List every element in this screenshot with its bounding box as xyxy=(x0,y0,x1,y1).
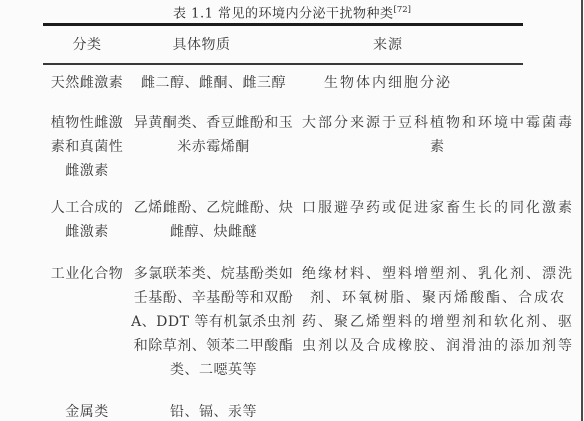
table-row-natural-estrogen: 天然雌激素 雌二醇、雌酮、雌三醇 生物体内细胞分泌 xyxy=(43,71,580,95)
citation-superscript: [72] xyxy=(394,5,411,15)
table-row-plant-fungal-estrogen: 植物性雌激素和真菌性雌激素 异黄酮类、香豆雌酚和玉米赤霉烯酮 大部分来源于豆科植… xyxy=(43,111,580,183)
cell-substances: 铅、镉、汞等 xyxy=(131,400,296,421)
cell-source: 生物体内细胞分泌 xyxy=(246,71,530,95)
cell-category: 人工合成的雌激素 xyxy=(43,196,131,244)
cell-category: 天然雌激素 xyxy=(43,71,131,95)
scan-page-edge-line xyxy=(581,0,583,421)
cell-source: 绝缘材料、塑料增塑剂、乳化剂、漂洗剂、环氧树脂、聚丙烯酸酯、合成农药、聚乙烯塑料… xyxy=(296,262,580,358)
table-header-row: 分类 具体物质 来源 xyxy=(43,26,580,63)
cell-substances: 多氯联苯类、烷基酚类如壬基酚、辛基酚等和双酚A、DDT 等有机氯杀虫剂和除草剂、… xyxy=(131,262,296,382)
endocrine-disruptors-table: 分类 具体物质 来源 天然雌激素 雌二醇、雌酮、雌三醇 生物体内细胞分泌 植物性… xyxy=(43,23,580,421)
header-divider-rule xyxy=(43,63,523,65)
table-row-synthetic-estrogen: 人工合成的雌激素 乙烯雌酚、乙烷雌酚、炔雌醇、炔雌醚 口服避孕药或促进家畜生长的… xyxy=(43,196,580,244)
cell-substances: 乙烯雌酚、乙烷雌酚、炔雌醇、炔雌醚 xyxy=(131,196,296,244)
column-header-source: 来源 xyxy=(246,38,530,52)
table-caption: 表 1.1 常见的环境内分泌干扰物种类[72] xyxy=(0,2,584,22)
table-caption-text: 表 1.1 常见的环境内分泌干扰物种类 xyxy=(173,6,393,21)
cell-source: 大部分来源于豆科植物和环境中霉菌毒素 xyxy=(296,111,580,159)
cell-source: 口服避孕药或促进家畜生长的同化激素 xyxy=(296,196,580,220)
cell-category: 植物性雌激素和真菌性雌激素 xyxy=(43,111,131,183)
table-row-industrial-compounds: 工业化合物 多氯联苯类、烷基酚类如壬基酚、辛基酚等和双酚A、DDT 等有机氯杀虫… xyxy=(43,262,580,382)
column-header-category: 分类 xyxy=(43,38,131,52)
cell-category: 金属类 xyxy=(43,400,131,421)
cell-category: 工业化合物 xyxy=(43,262,131,286)
cell-substances: 异黄酮类、香豆雌酚和玉米赤霉烯酮 xyxy=(131,111,296,159)
table-row-metals: 金属类 铅、镉、汞等 xyxy=(43,400,580,421)
